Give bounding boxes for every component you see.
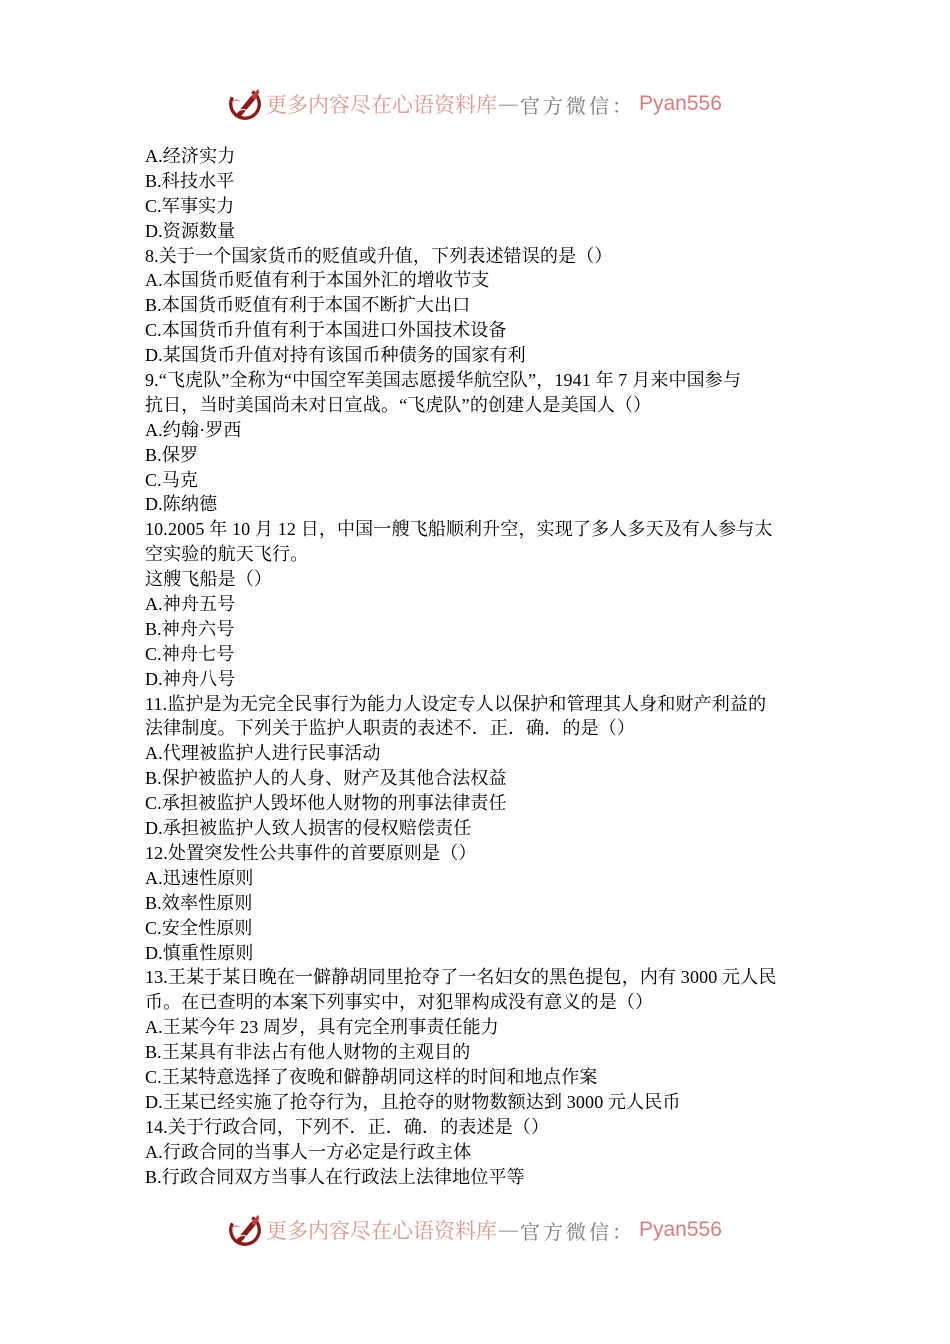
wechat-id: Pyan556 xyxy=(639,92,722,116)
option-line: D.陈纳德 xyxy=(145,492,815,517)
option-line: B.本国货币贬值有利于本国不断扩大出口 xyxy=(145,293,815,318)
wechat-label: 官方微信： xyxy=(520,1216,635,1245)
option-line: C.王某特意选择了夜晚和僻静胡同这样的时间和地点作案 xyxy=(145,1065,815,1090)
option-line: D.承担被监护人致人损害的侵权赔偿责任 xyxy=(145,816,815,841)
question-line: 这艘飞船是（） xyxy=(145,567,815,592)
option-line: B.神舟六号 xyxy=(145,617,815,642)
option-line: B.效率性原则 xyxy=(145,891,815,916)
question-line: 9.“飞虎队”全称为“中国空军美国志愿援华航空队”，1941 年 7 月来中国参… xyxy=(145,368,815,393)
question-line: 11.监护是为无完全民事行为能力人设定专人以保护和管理其人身和财产利益的 xyxy=(145,692,815,717)
option-line: D.王某已经实施了抢夺行为，且抢夺的财物数额达到 3000 元人民币 xyxy=(145,1090,815,1115)
option-line: C.军事实力 xyxy=(145,194,815,219)
option-line: A.王某今年 23 周岁，具有完全刑事责任能力 xyxy=(145,1015,815,1040)
promo-text: 更多内容尽在心语资料库 xyxy=(266,89,497,119)
option-line: A.行政合同的当事人一方必定是行政主体 xyxy=(145,1140,815,1165)
option-line: A.神舟五号 xyxy=(145,592,815,617)
option-line: C.马克 xyxy=(145,468,815,493)
question-line: 14.关于行政合同，下列不．正．确．的表述是（） xyxy=(145,1115,815,1140)
option-line: B.保罗 xyxy=(145,443,815,468)
option-line: B.科技水平 xyxy=(145,169,815,194)
option-line: B.行政合同双方当事人在行政法上法律地位平等 xyxy=(145,1165,815,1190)
question-line: 空实验的航天飞行。 xyxy=(145,542,815,567)
option-line: D.资源数量 xyxy=(145,219,815,244)
separator-dash: — xyxy=(498,92,519,116)
wechat-id: Pyan556 xyxy=(639,1218,722,1242)
option-line: A.经济实力 xyxy=(145,144,815,169)
option-line: A.本国货币贬值有利于本国外汇的增收节支 xyxy=(145,268,815,293)
question-line: 10.2005 年 10 月 12 日，中国一艘飞船顺利升空，实现了多人多天及有… xyxy=(145,517,815,542)
question-line: 币。在已查明的本案下列事实中，对犯罪构成没有意义的是（） xyxy=(145,990,815,1015)
question-line: 抗日，当时美国尚未对日宣战。“飞虎队”的创建人是美国人（） xyxy=(145,393,815,418)
separator-dash: — xyxy=(498,1218,519,1242)
header-watermark-banner: 更多内容尽在心语资料库 — 官方微信： Pyan556 xyxy=(226,84,716,124)
option-line: B.王某具有非法占有他人财物的主观目的 xyxy=(145,1040,815,1065)
question-line: 12.处置突发性公共事件的首要原则是（） xyxy=(145,841,815,866)
option-line: D.某国货币升值对持有该国币种债务的国家有利 xyxy=(145,343,815,368)
option-line: D.慎重性原则 xyxy=(145,941,815,966)
question-line: 13.王某于某日晚在一僻静胡同里抢夺了一名妇女的黑色提包，内有 3000 元人民 xyxy=(145,965,815,990)
option-line: A.约翰·罗西 xyxy=(145,418,815,443)
option-line: C.承担被监护人毁坏他人财物的刑事法律责任 xyxy=(145,791,815,816)
document-body: A.经济实力 B.科技水平 C.军事实力 D.资源数量 8.关于一个国家货币的贬… xyxy=(145,144,815,1189)
quill-pen-logo-icon xyxy=(226,85,264,123)
option-line: D.神舟八号 xyxy=(145,667,815,692)
footer-watermark-banner: 更多内容尽在心语资料库 — 官方微信： Pyan556 xyxy=(226,1210,716,1250)
option-line: B.保护被监护人的人身、财产及其他合法权益 xyxy=(145,766,815,791)
wechat-label: 官方微信： xyxy=(520,90,635,119)
quill-pen-logo-icon xyxy=(226,1211,264,1249)
option-line: C.安全性原则 xyxy=(145,916,815,941)
option-line: A.代理被监护人进行民事活动 xyxy=(145,741,815,766)
question-line: 法律制度。下列关于监护人职责的表述不．正．确．的是（） xyxy=(145,716,815,741)
option-line: A.迅速性原则 xyxy=(145,866,815,891)
question-line: 8.关于一个国家货币的贬值或升值，下列表述错误的是（） xyxy=(145,244,815,269)
option-line: C.本国货币升值有利于本国进口外国技术设备 xyxy=(145,318,815,343)
option-line: C.神舟七号 xyxy=(145,642,815,667)
promo-text: 更多内容尽在心语资料库 xyxy=(266,1215,497,1245)
